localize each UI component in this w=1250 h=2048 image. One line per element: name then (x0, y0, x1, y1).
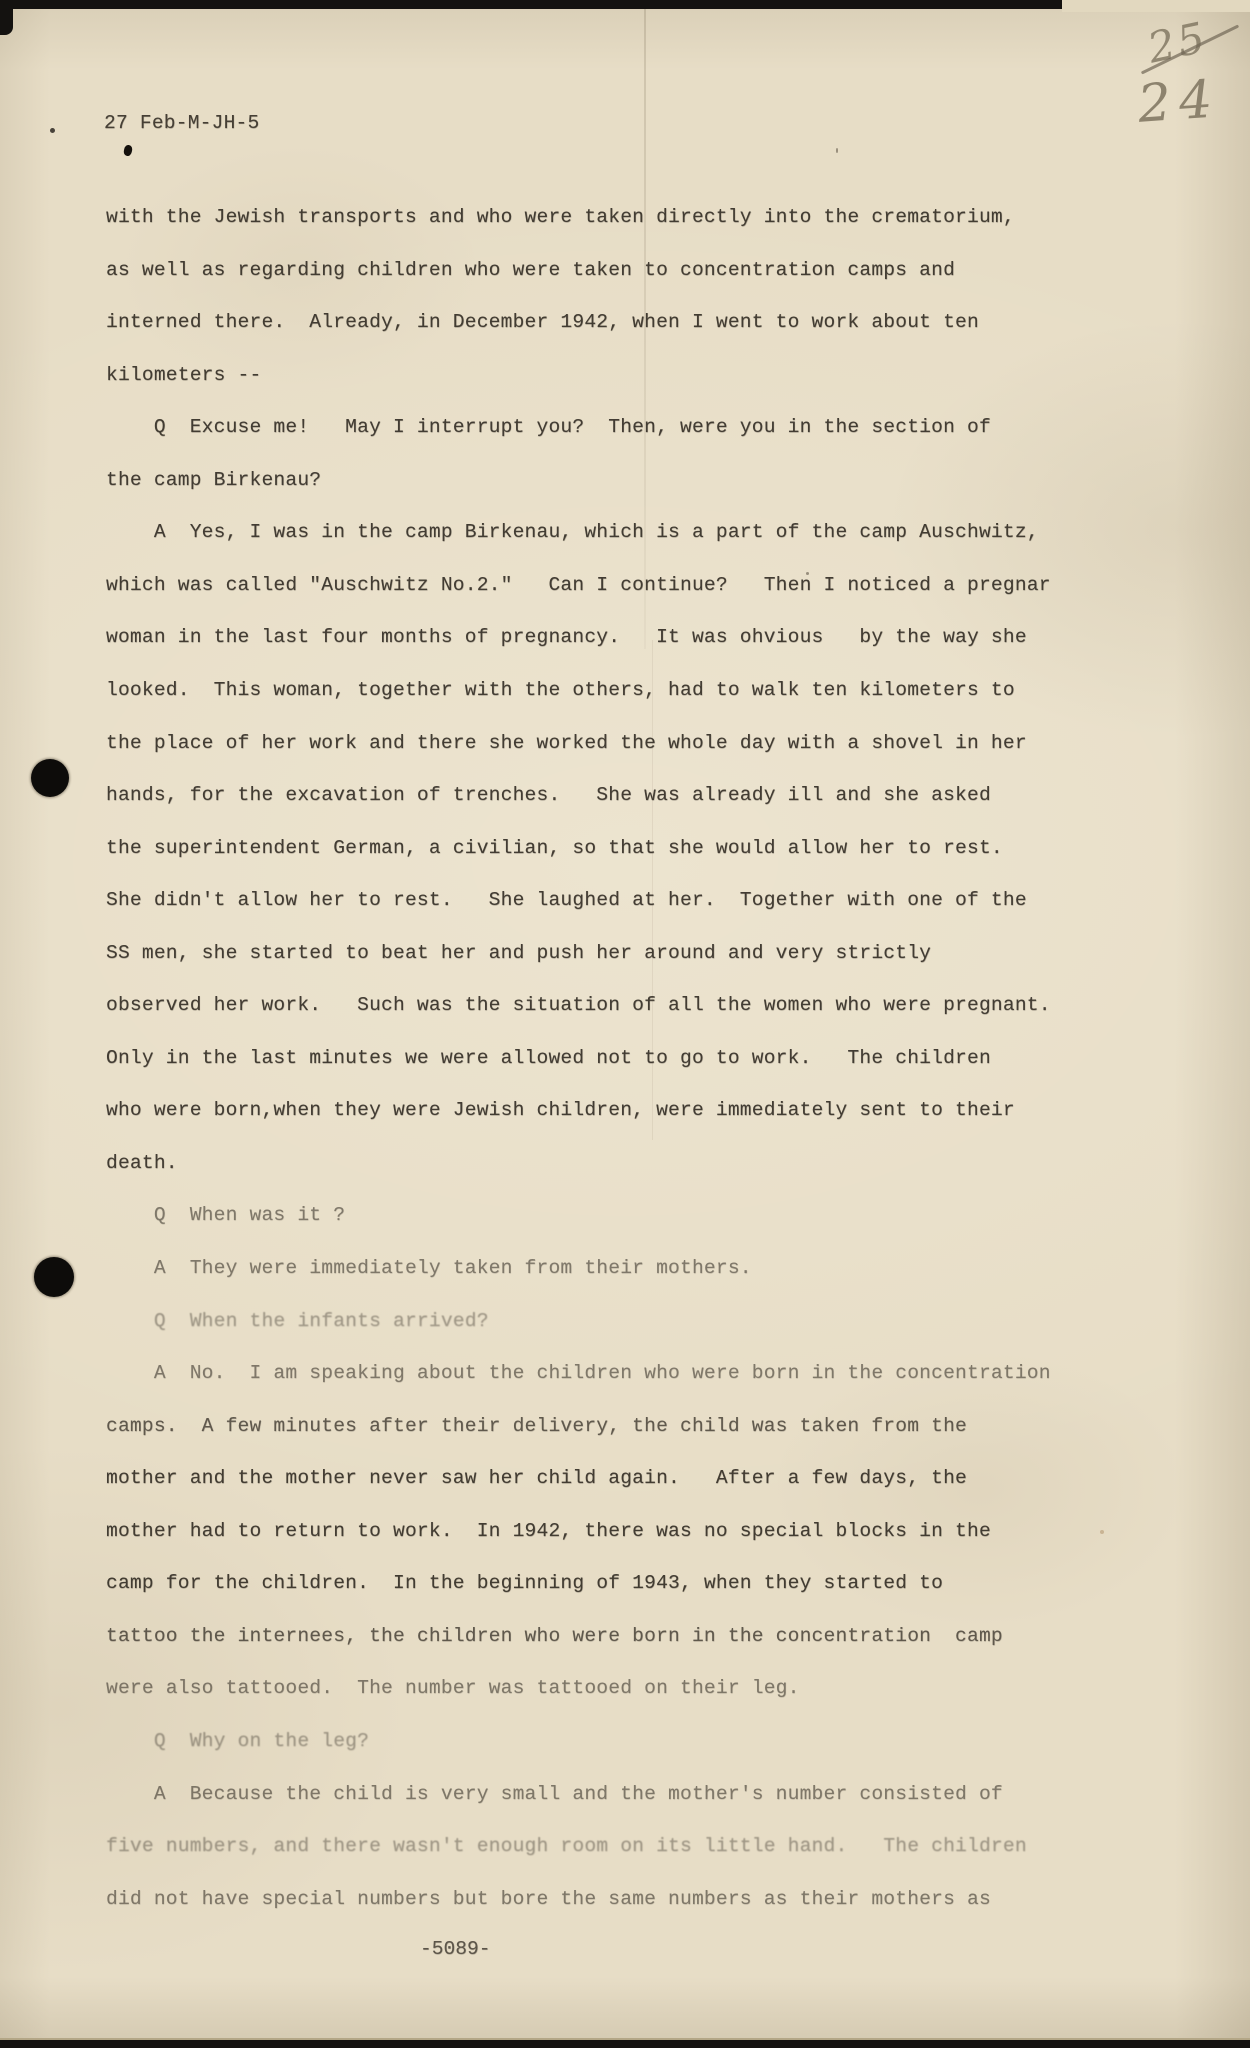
document-line: Q Why on the leg? (106, 1728, 369, 1754)
document-line: A Because the child is very small and th… (106, 1781, 1003, 1807)
document-line: mother had to return to work. In 1942, t… (106, 1518, 991, 1544)
document-line: which was called "Auschwitz No.2." Can I… (106, 572, 1051, 598)
document-line: Only in the last minutes we were allowed… (106, 1045, 991, 1071)
document-line: Q Excuse me! May I interrupt you? Then, … (106, 414, 991, 440)
document-line: interned there. Already, in December 194… (106, 309, 979, 335)
document-line: tattoo the internees, the children who w… (106, 1623, 1003, 1649)
document-line: Q When the infants arrived? (106, 1308, 489, 1334)
document-line: with the Jewish transports and who were … (106, 204, 1015, 230)
document-line: observed her work. Such was the situatio… (106, 992, 1051, 1018)
page-number: -5089- (420, 1938, 491, 1960)
document-body: with the Jewish transports and who were … (0, 0, 1250, 2048)
document-line: looked. This woman, together with the ot… (106, 677, 1015, 703)
document-line: kilometers -- (106, 362, 261, 388)
document-line: She didn't allow her to rest. She laughe… (106, 887, 1027, 913)
document-line: Q When was it ? (106, 1202, 345, 1228)
document-line: as well as regarding children who were t… (106, 257, 955, 283)
document-line: camp for the children. In the beginning … (106, 1570, 943, 1596)
document-line: death. (106, 1150, 178, 1176)
document-line: A No. I am speaking about the children w… (106, 1360, 1051, 1386)
document-line: A They were immediately taken from their… (106, 1255, 752, 1281)
document-line: did not have special numbers but bore th… (106, 1886, 991, 1912)
document-line: the place of her work and there she work… (106, 730, 1027, 756)
document-line: the camp Birkenau? (106, 467, 321, 493)
document-line: the superintendent German, a civilian, s… (106, 835, 1003, 861)
document-line: were also tattooed. The number was tatto… (106, 1675, 800, 1701)
document-line: SS men, she started to beat her and push… (106, 940, 931, 966)
document-line: mother and the mother never saw her chil… (106, 1465, 967, 1491)
document-line: woman in the last four months of pregnan… (106, 624, 1027, 650)
pencil-annotation-page-number: 24 (1136, 69, 1222, 135)
document-line: A Yes, I was in the camp Birkenau, which… (106, 519, 1039, 545)
scanned-page: { "page": { "header_code": "27 Feb-M-JH-… (0, 0, 1250, 2048)
document-line: hands, for the excavation of trenches. S… (106, 782, 991, 808)
document-line: five numbers, and there wasn't enough ro… (106, 1833, 1027, 1859)
document-line: who were born,when they were Jewish chil… (106, 1097, 1015, 1123)
document-line: camps. A few minutes after their deliver… (106, 1413, 967, 1439)
